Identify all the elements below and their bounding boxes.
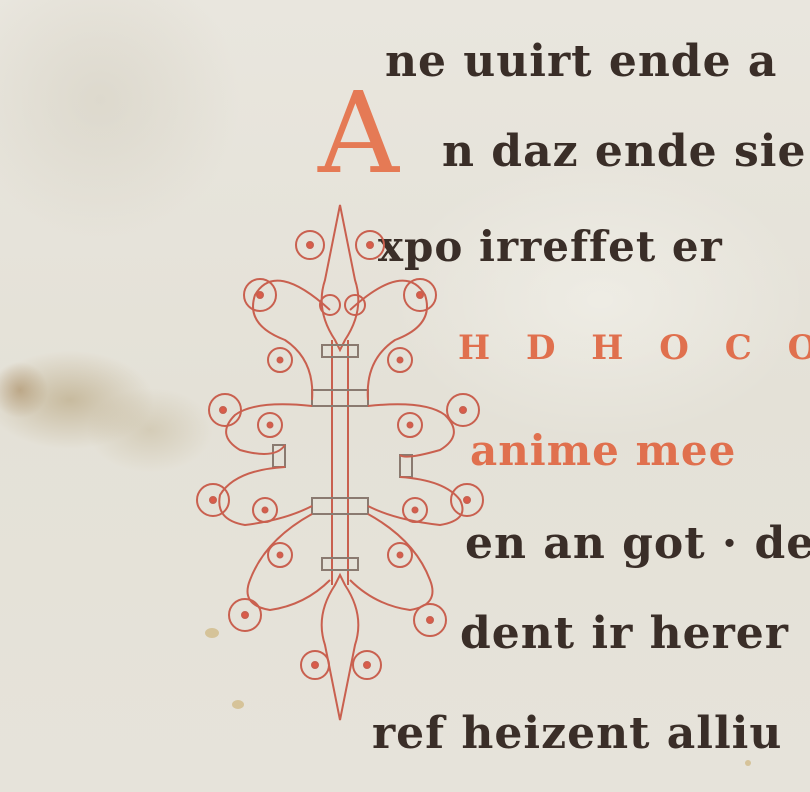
text-line-2: n daz ende sie [442,126,806,177]
text-line-7: dent ir herer [460,608,789,659]
text-line-5-rubric: anime mee [470,426,736,475]
text-line-6: en an got · de [465,518,810,569]
filigree-ornament-icon [195,200,495,725]
text-line-4-rubric: H D H O C O [458,328,810,368]
stain [745,760,751,766]
rubric-initial-a: A [318,78,399,190]
text-line-1: ne uuirt ende a [385,36,777,87]
